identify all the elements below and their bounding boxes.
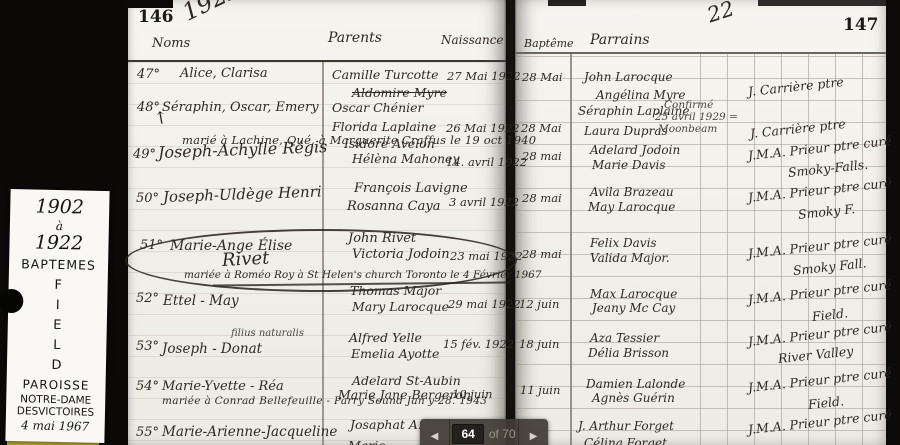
archive-label: 1902 à 1922 BAPTEMES F I E L D PAROISSE …: [5, 189, 109, 443]
column-header-parrains: Parrains: [590, 32, 650, 48]
entry-51-number: 51°: [140, 238, 163, 253]
entry-49-godmother: Marie Davis: [592, 158, 665, 172]
entry-54-godfather: Damien Lalonde: [586, 377, 685, 391]
label-baptemes: BAPTEMES: [9, 258, 108, 273]
entry-50-birth-date: 3 avril 1922: [449, 195, 519, 209]
entry-55-godfather: J. Arthur Forget: [578, 419, 674, 433]
entry-53-baptism-date: 18 juin: [519, 337, 559, 351]
entry-47-baptism-date: 28 Mai: [522, 70, 563, 84]
total-pages-label: of 70: [489, 427, 516, 441]
label-paroisse: PAROISSE: [6, 377, 105, 391]
entry-50-godmother: May Larocque: [588, 200, 675, 214]
entry-52-mother: Mary Larocque: [352, 299, 449, 314]
current-page-input[interactable]: 64: [452, 424, 483, 444]
entry-52-baptism-date: 12 juin: [519, 297, 559, 311]
entry-53-godmother: Délia Brisson: [588, 346, 669, 360]
page-number-right: 147: [843, 15, 879, 35]
entry-53-mother: Emelia Ayotte: [351, 346, 439, 361]
column-header-parents: Parents: [328, 30, 382, 46]
entry-52-number: 52°: [136, 291, 159, 306]
entry-53-status-note: filius naturalis: [231, 328, 304, 339]
previous-page-button[interactable]: ◀: [420, 419, 450, 445]
entry-48-confirmation-note: Confirmé: [664, 99, 713, 111]
entry-49-godfather: Adelard Jodoin: [590, 143, 680, 157]
page-number-left: 146: [138, 7, 174, 27]
label-des-victoires: DESVICTOIRES: [6, 406, 105, 419]
entry-48-father: Oscar Chénier: [332, 100, 424, 115]
entry-52-godfather: Max Larocque: [590, 287, 677, 301]
entry-50-father: François Lavigne: [354, 181, 468, 196]
entry-53-name: Joseph - Donat: [162, 341, 262, 357]
entry-55-name: Marie-Arienne-Jacqueline: [162, 424, 337, 440]
entry-48-confirmation-place: Moonbeam: [658, 123, 717, 135]
entry-49-baptism-date: 28 mai: [522, 149, 562, 163]
column-header-naissance: Naissance: [441, 33, 504, 47]
entry-47-birth-date: 27 Mai 1922: [447, 69, 521, 83]
book-fold: [504, 0, 517, 445]
entry-50-mother: Rosanna Caya: [347, 199, 440, 214]
entry-47-number: 47°: [137, 67, 160, 82]
entry-48-name: Séraphin, Oscar, Emery: [162, 100, 319, 115]
entry-47-father: Camille Turcotte: [332, 67, 439, 82]
label-notre-dame: NOTRE-DAME: [6, 393, 105, 406]
entry-51-father: John Rivet: [348, 231, 416, 246]
page-navigator: ◀ 64 of 70 ▶: [420, 419, 548, 445]
entry-54-father: Adelard St-Aubin: [352, 373, 461, 388]
label-date: 4 mai 1967: [6, 418, 105, 432]
column-header-bapteme: Baptême: [524, 37, 574, 50]
entry-51-godmother: Valida Major.: [590, 251, 670, 265]
label-year-start: 1902: [10, 197, 109, 218]
entry-55-father: Josaphat A.: [350, 417, 422, 432]
entry-51-birth-date: 23 mai 1922: [450, 249, 523, 263]
entry-47-godfather: John Larocque: [584, 70, 673, 84]
next-page-button[interactable]: ▶: [518, 419, 548, 445]
entry-51-baptism-date: 28 mai: [522, 247, 562, 261]
scan-smudge: [758, 0, 888, 6]
entry-54-number: 54°: [136, 379, 159, 394]
entry-49-number: 49°: [133, 147, 156, 162]
entry-49-father: Isidore Avelon: [344, 136, 435, 151]
entry-55-godmother: Célina Forget: [584, 436, 667, 445]
entry-53-birth-date: 15 fév. 1922: [443, 337, 514, 351]
entry-50-baptism-date: 28 mai: [522, 191, 562, 205]
entry-52-godmother: Jeany Mc Cay: [592, 301, 675, 315]
document-viewer: 146 147 1922 22 Noms Parents Naissance B…: [0, 0, 900, 445]
label-field-d: D: [7, 357, 106, 372]
column-header-noms: Noms: [152, 36, 190, 51]
entry-48-mother: Florida Laplaine: [332, 119, 436, 134]
entry-54-baptism-date: 11 juin: [520, 383, 560, 397]
entry-51-marriage-note: mariée à Roméo Roy à St Helen's church T…: [184, 269, 542, 281]
scan-smudge: [548, 0, 586, 6]
entry-51-mother: Victoria Jodoin: [352, 247, 450, 262]
entry-52-name: Ettel - May: [163, 293, 239, 309]
entry-47-mother: Aldomire Myre: [352, 85, 447, 100]
entry-50-number: 50°: [136, 191, 159, 206]
entry-53-godfather: Aza Tessier: [590, 331, 659, 345]
entry-47-name: Alice, Clarisa: [180, 66, 268, 81]
label-field-e: E: [8, 317, 107, 332]
entry-54-birth-date: 10 juin: [452, 387, 492, 401]
entry-48-confirmation-date: 25 avril 1929 =: [655, 111, 738, 123]
entry-52-father: Thomas Major: [350, 283, 441, 298]
entry-49-birth-date: 14. avril 1922: [446, 155, 527, 169]
entry-54-name: Marie-Yvette - Réa: [162, 379, 284, 394]
page-indicator: 64 of 70: [450, 422, 518, 445]
entry-54-godmother: Agnès Guérin: [592, 391, 675, 405]
entry-51-godfather: Felix Davis: [590, 236, 657, 250]
label-year-end: 1922: [9, 233, 108, 254]
entry-49-mother: Hélèna Mahoney: [352, 151, 460, 166]
entry-55-mother: Marie: [348, 438, 386, 445]
entry-50-godfather: Avila Brazeau: [590, 185, 674, 199]
entry-51-surname: Rivet: [221, 248, 269, 271]
label-field-f: F: [9, 277, 108, 292]
entry-48-godmother: Laura Dupras: [584, 124, 668, 138]
entry-55-number: 55°: [136, 425, 159, 440]
label-field-l: L: [7, 337, 106, 352]
entry-52-birth-date: 29 mai 1922: [448, 297, 521, 311]
entry-53-number: 53°: [136, 339, 159, 354]
entry-53-father: Alfred Yelle: [349, 330, 422, 345]
label-a: à: [10, 219, 109, 233]
